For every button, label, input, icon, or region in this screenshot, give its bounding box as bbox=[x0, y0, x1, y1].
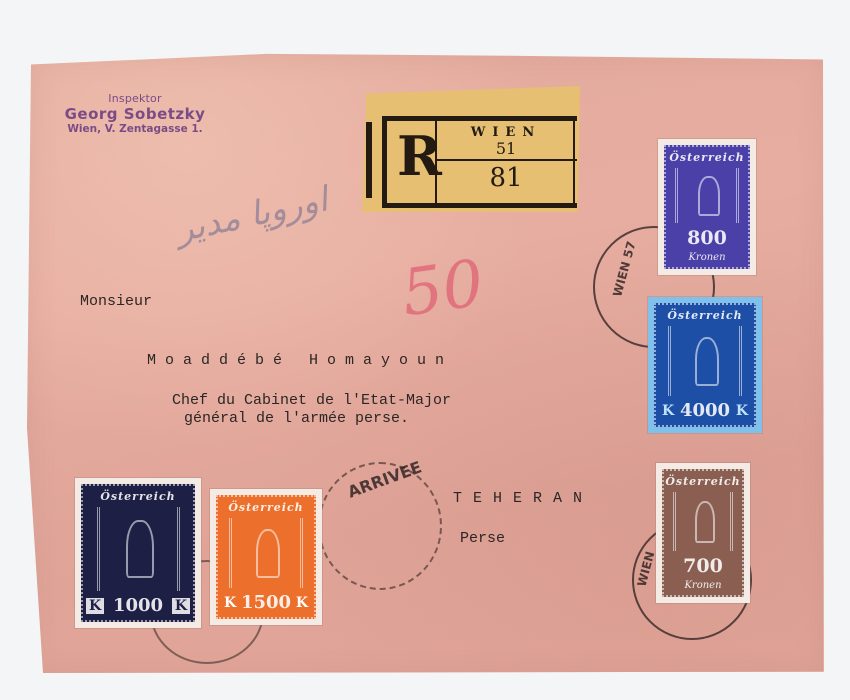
stamp-800-kronen: Österreich 800 Kronen bbox=[658, 139, 756, 275]
sender-title: Inspektor bbox=[50, 92, 220, 105]
stamp-700-kronen: Österreich 700 Kronen bbox=[656, 463, 750, 603]
registration-label-bar bbox=[366, 122, 372, 198]
sender-name: Georg Sobetzky bbox=[50, 105, 220, 123]
salutation: Monsieur bbox=[80, 293, 152, 310]
hammer-icon bbox=[668, 326, 743, 396]
destination-city: TEHERAN bbox=[453, 490, 593, 507]
stamp-face: Österreich 800 Kronen bbox=[664, 145, 750, 269]
registration-city: WIEN bbox=[439, 125, 573, 140]
stamp-1000-kronen: Österreich K1000K bbox=[75, 478, 201, 628]
sender-address: Wien, V. Zentagasse 1. bbox=[50, 123, 220, 136]
wheat-icon bbox=[675, 168, 738, 223]
recipient-title-line2: général de l'armée perse. bbox=[184, 410, 409, 427]
registration-office: 51 bbox=[439, 139, 573, 158]
stamp-face: Österreich K1500K bbox=[216, 495, 316, 619]
divider bbox=[573, 121, 575, 203]
stamp-1500-kronen: Österreich K1500K bbox=[210, 489, 322, 625]
stamp-4000-kronen: Österreich K4000K bbox=[648, 297, 762, 433]
registration-label: R WIEN 51 81 bbox=[362, 86, 580, 212]
recipient-title-line1: Chef du Cabinet de l'Etat-Major bbox=[172, 392, 451, 409]
stamp-face: Österreich 700 Kronen bbox=[662, 469, 744, 597]
stamp-face: Österreich K4000K bbox=[654, 303, 756, 427]
red-marking: 50 bbox=[397, 247, 488, 332]
destination-country: Perse bbox=[460, 530, 505, 547]
divider bbox=[435, 121, 437, 203]
stamp-face: Österreich K1000K bbox=[81, 484, 195, 622]
wheat-icon bbox=[673, 492, 734, 551]
registration-frame: R WIEN 51 81 bbox=[382, 116, 577, 208]
sender-stamp: Inspektor Georg Sobetzky Wien, V. Zentag… bbox=[50, 92, 220, 136]
hammer-icon bbox=[229, 518, 302, 588]
portrait-icon bbox=[97, 507, 180, 591]
recipient-name: Moaddébé Homayoun bbox=[147, 352, 453, 369]
registration-number: 81 bbox=[439, 163, 573, 193]
divider bbox=[437, 159, 577, 161]
